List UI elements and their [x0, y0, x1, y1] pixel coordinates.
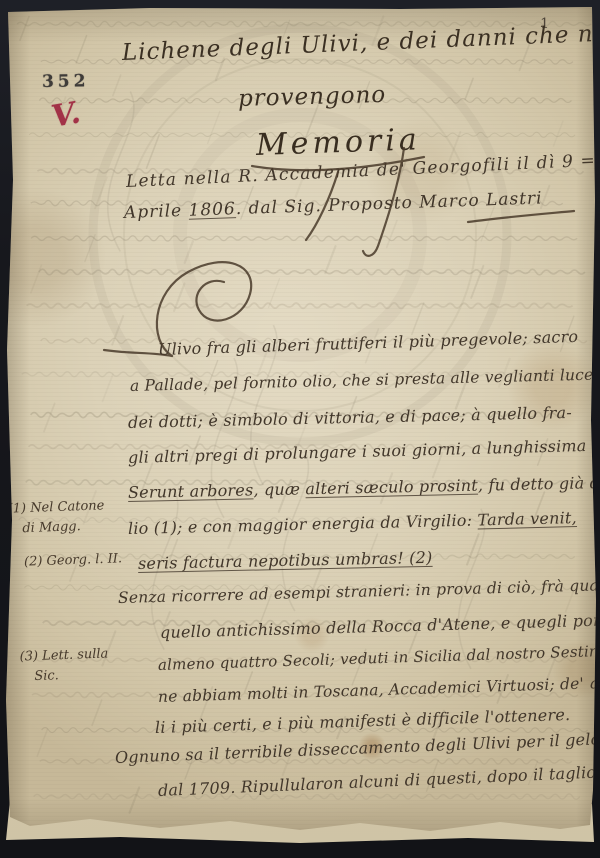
text-segment: 1806: [188, 199, 236, 221]
text-segment: Aprile: [124, 201, 189, 223]
text-segment: , fu detto già da Tul-: [478, 472, 600, 495]
archival-number-stamp: 352: [42, 71, 90, 92]
memoria-heading: Memoria: [255, 122, 421, 163]
margin-note-line: di Magg.: [22, 516, 105, 539]
margin-note-line: (1) Nel Catone: [7, 496, 104, 520]
margin-note-line: (2) Georg. l. II.: [24, 549, 123, 573]
margin-note-line: Sic.: [34, 665, 109, 688]
photograph-backdrop: 1 352 V. Lichene degli Ulivi, e dei dann…: [0, 0, 600, 858]
text-segment: Tarda venit,: [477, 508, 577, 529]
text-segment: Serunt arbores: [128, 480, 254, 502]
title-line-2: provengono: [238, 82, 387, 112]
margin-note-line: (3) Lett. sulla: [19, 644, 108, 667]
margin-note: (3) Lett. sullaSic.: [19, 644, 109, 687]
red-verification-mark: V.: [49, 95, 83, 134]
margin-note: (2) Georg. l. II.: [24, 549, 123, 573]
margin-note: (1) Nel Catonedi Magg.: [7, 496, 105, 540]
text-segment: , quæ: [253, 479, 305, 499]
manuscript-page: 1 352 V. Lichene degli Ulivi, e dei dann…: [0, 0, 600, 858]
text-segment: alteri sæculo prosint: [305, 476, 478, 499]
